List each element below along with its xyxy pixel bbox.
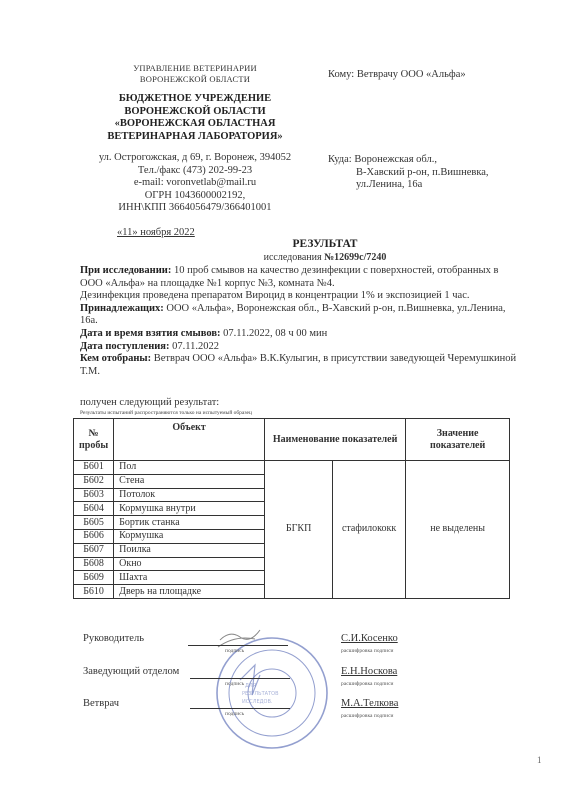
org-inn-kpp: ИНН\КПП 3664056479/366401001 [70, 202, 320, 215]
org-line4: ВЕТЕРИНАРНАЯ ЛАБОРАТОРИЯ» [70, 131, 320, 144]
sample-object: Бортик станка [114, 516, 265, 530]
recipient: Кому: Ветврачу ООО «Альфа» [328, 69, 466, 82]
signature-caption-vet: подпись [225, 711, 244, 717]
organization-name: БЮДЖЕТНОЕ УЧРЕЖДЕНИЕ ВОРОНЕЖСКОЙ ОБЛАСТИ… [70, 93, 320, 143]
org-ogrn: ОГРН 1043600002192, [70, 190, 320, 203]
sample-object: Кормушка [114, 529, 265, 543]
results-table: № пробы Объект Наименование показателей … [73, 418, 510, 599]
sample-object: Шахта [114, 571, 265, 585]
signature-name-caption-head: расшифровка подписи [341, 648, 393, 654]
sampling-datetime: Дата и время взятия смывов: 07.11.2022, … [80, 328, 520, 341]
sample-object: Дверь на площадке [114, 585, 265, 599]
result-title: РЕЗУЛЬТАТ [200, 238, 450, 250]
result-number: №12699с/7240 [324, 252, 386, 263]
sample-object: Поилка [114, 543, 265, 557]
signature-role-dept: Заведующий отделом [83, 666, 179, 677]
signature-role-head: Руководитель [83, 633, 144, 644]
signature-name-dept: Е.Н.Носкова [341, 666, 397, 677]
authority-line2: ВОРОНЕЖСКОЙ ОБЛАСТИ [95, 74, 295, 85]
received-text: 07.11.2022 [169, 341, 219, 352]
result-intro: получен следующий результат: [80, 397, 219, 408]
disclaimer: Результаты испытаний распространяются то… [80, 410, 252, 416]
sampling-label: Дата и время взятия смывов: [80, 328, 221, 339]
header-indicator-name: Наименование показателей [265, 419, 406, 461]
svg-text:ИССЛЕДОВ.: ИССЛЕДОВ. [242, 699, 273, 705]
indicator-value: не выделены [406, 461, 510, 599]
sample-no: Б602 [74, 474, 114, 488]
sample-no: Б608 [74, 557, 114, 571]
signature-caption-head: подпись [225, 648, 244, 654]
table-row: Б601 Пол БГКП стафилококк не выделены [74, 461, 510, 475]
signature-caption-dept: подпись [225, 681, 244, 687]
disinfection-text: Дезинфекция проведена препаратом Вироцид… [80, 290, 520, 303]
authority-line1: УПРАВЛЕНИЕ ВЕТЕРИНАРИИ [95, 63, 295, 74]
sample-no: Б603 [74, 488, 114, 502]
signature-line-head [188, 645, 288, 646]
header-indicator-value: Значение показателей [406, 419, 510, 461]
signature-name-caption-dept: расшифровка подписи [341, 681, 393, 687]
sample-no: Б606 [74, 529, 114, 543]
owner: Принадлежащих: ООО «Альфа», Воронежская … [80, 303, 520, 328]
destination-line1: Куда: Воронежская обл., [328, 154, 489, 167]
table-header-row: № пробы Объект Наименование показателей … [74, 419, 510, 461]
taken-by: Кем отобраны: Ветврач ООО «Альфа» В.К.Ку… [80, 353, 520, 378]
result-subtitle: исследования №12699с/7240 [200, 252, 450, 263]
sample-object: Кормушка внутри [114, 502, 265, 516]
sample-no: Б601 [74, 461, 114, 475]
authority-name: УПРАВЛЕНИЕ ВЕТЕРИНАРИИ ВОРОНЕЖСКОЙ ОБЛАС… [95, 63, 295, 85]
organization-contacts: ул. Острогожская, д 69, г. Воронеж, 3940… [70, 152, 320, 215]
destination-line3: ул.Ленина, 16а [328, 179, 489, 192]
sampling-text: 07.11.2022, 08 ч 00 мин [221, 328, 328, 339]
org-line1: БЮДЖЕТНОЕ УЧРЕЖДЕНИЕ [70, 93, 320, 106]
document-date: «11» ноября 2022 [117, 227, 195, 238]
study-description: При исследовании: 10 проб смывов на каче… [80, 265, 520, 290]
sample-object: Окно [114, 557, 265, 571]
signature-line-dept [190, 678, 290, 679]
signature-line-vet [190, 708, 290, 709]
taken-by-label: Кем отобраны: [80, 353, 151, 364]
sample-no: Б605 [74, 516, 114, 530]
org-phone: Тел./факс (473) 202-99-23 [70, 165, 320, 178]
org-line3: «ВОРОНЕЖСКАЯ ОБЛАСТНАЯ [70, 118, 320, 131]
org-email: e-mail: voronvetlab@mail.ru [70, 177, 320, 190]
page-number: 1 [537, 755, 542, 765]
sample-no: Б610 [74, 585, 114, 599]
indicator-name: стафилококк [333, 461, 406, 599]
signature-name-caption-vet: расшифровка подписи [341, 713, 393, 719]
destination-address: Куда: Воронежская обл., В-Хавский р-он, … [328, 154, 489, 192]
result-subtitle-prefix: исследования [264, 252, 324, 263]
owner-label: Принадлежащих: [80, 303, 164, 314]
sample-object: Потолок [114, 488, 265, 502]
sample-no: Б607 [74, 543, 114, 557]
received-date: Дата поступления: 07.11.2022 [80, 341, 520, 354]
sample-object: Пол [114, 461, 265, 475]
study-details: При исследовании: 10 проб смывов на каче… [80, 265, 520, 378]
received-label: Дата поступления: [80, 341, 169, 352]
signature-name-head: С.И.Косенко [341, 633, 398, 644]
signature-name-vet: М.А.Телкова [341, 698, 398, 709]
destination-line2: В-Хавский р-он, п.Вишневка, [328, 167, 489, 180]
svg-text:РЕЗУЛЬТАТОВ: РЕЗУЛЬТАТОВ [242, 691, 279, 697]
sample-object: Стена [114, 474, 265, 488]
org-address: ул. Острогожская, д 69, г. Воронеж, 3940… [70, 152, 320, 165]
indicator-group: БГКП [265, 461, 333, 599]
signature-role-vet: Ветврач [83, 698, 119, 709]
sample-no: Б604 [74, 502, 114, 516]
org-line2: ВОРОНЕЖСКОЙ ОБЛАСТИ [70, 106, 320, 119]
header-object: Объект [114, 419, 265, 461]
sample-no: Б609 [74, 571, 114, 585]
study-label: При исследовании: [80, 265, 171, 276]
header-sample-no: № пробы [74, 419, 114, 461]
